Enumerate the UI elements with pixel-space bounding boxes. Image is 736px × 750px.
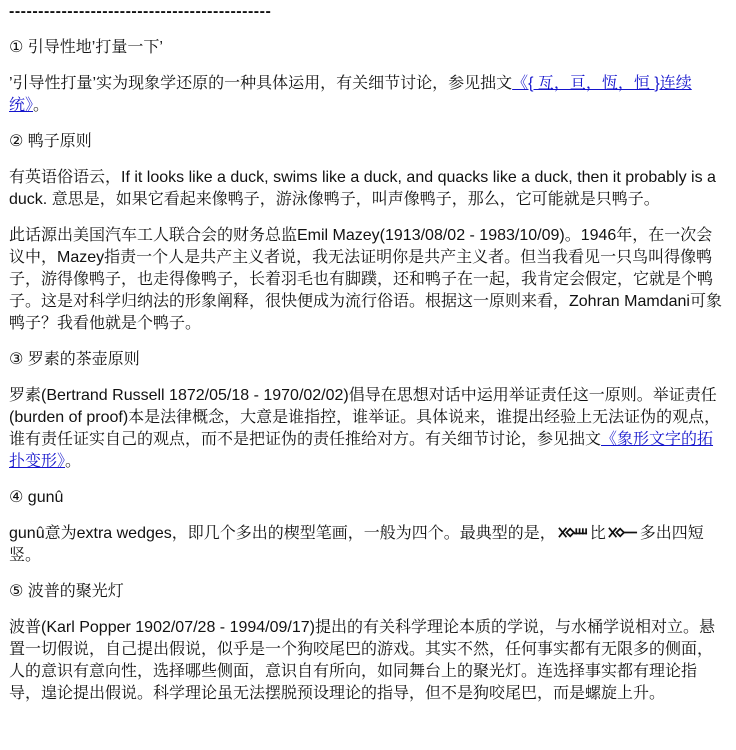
section-3-paragraph: 罗素(Bertrand Russell 1872/05/18 - 1970/02… xyxy=(9,385,726,473)
section-5-heading: ⑤ 波普的聚光灯 xyxy=(9,581,726,603)
document-page: ----------------------------------------… xyxy=(0,0,736,705)
dashed-divider: ----------------------------------------… xyxy=(9,1,726,23)
paragraph-text: gunû意为extra wedges，即几个多出的楔型笔画，一般为四个。最典型的… xyxy=(9,525,556,542)
paragraph-text: 。 xyxy=(65,453,81,470)
section-2-heading: ② 鸭子原则 xyxy=(9,131,726,153)
paragraph-text: 。 xyxy=(33,97,49,114)
section-3-heading: ③ 罗素的茶壶原则 xyxy=(9,349,726,371)
cuneiform-base-sign-icon xyxy=(608,525,638,540)
cuneiform-gunu-sign-icon xyxy=(558,525,588,540)
section-5-paragraph: 波普(Karl Popper 1902/07/28 - 1994/09/17)提… xyxy=(9,617,726,705)
section-4-paragraph: gunû意为extra wedges，即几个多出的楔型笔画，一般为四个。最典型的… xyxy=(9,523,726,567)
section-2-paragraph-mazey: 此话源出美国汽车工人联合会的财务总监Emil Mazey(1913/08/02 … xyxy=(9,225,726,335)
paragraph-text: 比 xyxy=(590,525,606,542)
section-1-paragraph: ’引导性打量’实为现象学还原的一种具体运用，有关细节讨论，参见拙文《{ 亙，亘，… xyxy=(9,73,726,117)
section-4-heading: ④ gunû xyxy=(9,487,726,509)
section-2-paragraph-duck-saying: 有英语俗语云，If it looks like a duck, swims li… xyxy=(9,167,726,211)
section-1-heading: ① 引导性地’打量一下’ xyxy=(9,37,726,59)
paragraph-text: ’引导性打量’实为现象学还原的一种具体运用，有关细节讨论，参见拙文 xyxy=(9,75,512,92)
